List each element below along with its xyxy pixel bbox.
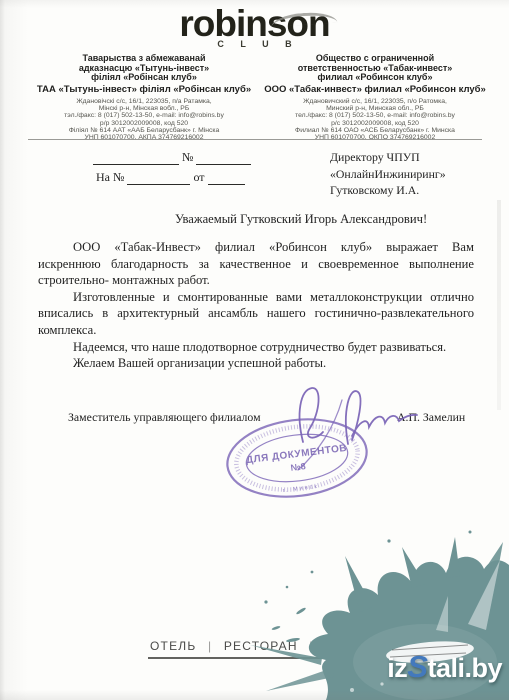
number-blank-line <box>196 150 251 165</box>
body-paragraph: ООО «Табак-Инвест» филиал «Робинсон клуб… <box>38 239 474 289</box>
address-line: Минский р-н, Минская обл., РБ <box>260 105 490 112</box>
unp-line: УНП 601070700, АКПА 374769216002 <box>30 134 258 141</box>
phone-email-line: тел./факс: 8 (017) 502-13-50, e-mail: in… <box>260 112 490 119</box>
reference-block: № На № от <box>93 149 251 189</box>
address-line: Ждановічскі с/с, 16/1, 223035, п/а Ратам… <box>30 98 258 105</box>
signer-name: А.П. Замелин <box>397 410 465 425</box>
footer-services: ОТЕЛЬ | РЕСТОРАН | АКВА СПА <box>150 639 394 653</box>
address-line: Ждановичский с/с, 16/1, 223035, п/о Рато… <box>260 98 490 105</box>
body-paragraph: Изготовленные и смонтированные вами мета… <box>38 289 474 339</box>
company-title-ru-line: филиал «Робинсон клуб» <box>260 73 490 83</box>
company-details-ru: Ждановичский с/с, 16/1, 223035, п/о Рато… <box>260 98 490 142</box>
footer-item-aquaspa: АКВА СПА <box>325 639 394 653</box>
bank-line: Філіял № 614 ААТ «ААБ Беларусбанк» г. Мі… <box>30 127 258 134</box>
addressee-block: Директору ЧПУП «ОнлайнИнжиниринг» Гутков… <box>330 149 446 199</box>
watermark-izstali: izStali.by <box>387 649 502 685</box>
logo-brand-text: robinson <box>0 6 509 42</box>
incoming-date-blank-line <box>208 170 245 185</box>
account-line: р/с 3012002009008, код 520 <box>260 120 490 127</box>
incoming-number-row: На № от <box>93 169 251 185</box>
documents-stamp: ДЛЯ ДОКУМЕНТОВ №8 г. Минск <box>220 409 375 506</box>
phone-email-line: тэл./факс: 8 (017) 502-13-50, e-mail: in… <box>30 112 258 119</box>
company-short-name-ru: ООО «Табак-инвест» филиал «Робинсон клуб… <box>260 84 490 95</box>
unp-line: УНП 601070700, ОКПО 374769216002 <box>260 134 490 141</box>
watermark-suffix: tali.by <box>427 653 502 683</box>
addressee-name: Гутковскому И.А. <box>330 182 446 199</box>
watermark-s-letter: S <box>407 649 427 684</box>
header-right-column: Общество с ограниченной ответственностью… <box>260 54 490 142</box>
na-number-label: На № <box>93 170 127 185</box>
stamp-graphic: ДЛЯ ДОКУМЕНТОВ №8 г. Минск <box>220 409 375 506</box>
ot-label: от <box>190 170 207 185</box>
footer-item-restaurant: РЕСТОРАН <box>224 639 298 653</box>
company-title-by-line: філіял «Робінсан клуб» <box>30 73 258 83</box>
number-sign-label: № <box>179 150 196 165</box>
bank-line: Филиал № 614 ОАО «АСБ Беларусбанк» г. Ми… <box>260 127 490 134</box>
date-blank-line <box>93 150 179 165</box>
header-divider <box>28 139 482 140</box>
body-paragraph: Надеемся, что наше плодотворное сотрудни… <box>38 339 474 356</box>
footer-separator: | <box>309 639 313 653</box>
stamp-city-text: г. Минск <box>282 484 319 494</box>
company-details-by: Ждановічскі с/с, 16/1, 223035, п/а Ратам… <box>30 98 258 142</box>
account-line: р/р 3012002009008, код 520 <box>30 120 258 127</box>
address-line: Мінскі р-н, Мінская вобл., РБ <box>30 105 258 112</box>
signer-position: Заместитель управляющего филиалом <box>68 410 261 425</box>
body-paragraph: Желаем Вашей организации успешной работы… <box>38 355 474 372</box>
greeting-line: Уважаемый Гутковский Игорь Александрович… <box>175 212 427 227</box>
robinson-logo: robinson C L U B <box>0 6 509 49</box>
document-page: robinson C L U B Таварыства з абмежавана… <box>0 0 509 700</box>
incoming-number-blank-line <box>127 170 190 185</box>
addressee-company: «ОнлайнИнжиниринг» <box>330 166 446 183</box>
header-left-column: Таварыства з абмежаванай адказнасцю «Тыт… <box>30 54 258 142</box>
logo-club-text: C L U B <box>0 39 509 49</box>
scan-artifact <box>497 200 501 410</box>
company-short-name-by: ТАА «Тытунь-інвест» філіял «Робінсан клу… <box>30 84 258 95</box>
footer-separator: | <box>208 639 212 653</box>
letter-body: ООО «Табак-Инвест» филиал «Робинсон клуб… <box>38 239 474 372</box>
addressee-title: Директору ЧПУП <box>330 149 446 166</box>
stamp-number-text: №8 <box>290 461 306 473</box>
watermark-prefix: iz <box>387 653 407 683</box>
outgoing-number-row: № <box>93 149 251 165</box>
footer-item-hotel: ОТЕЛЬ <box>150 639 196 653</box>
